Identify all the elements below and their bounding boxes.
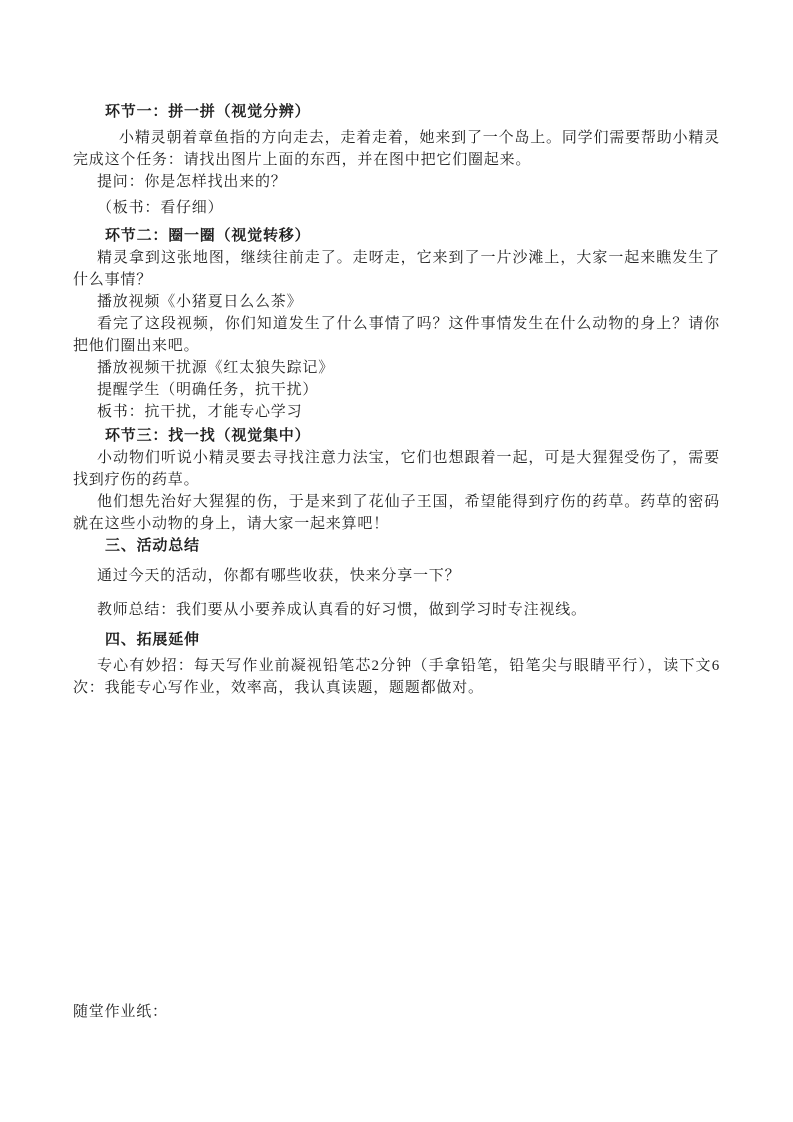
paragraph-video-question: 看完了这段视频，你们知道发生了什么事情了吗？这件事情发生在什么动物的身上？请你把…: [73, 313, 720, 357]
worksheet-label: 随堂作业纸：: [73, 1001, 168, 1023]
paragraph-teacher-summary: 教师总结：我们要从小要养成认真看的好习惯，做到学习时专注视线。: [73, 599, 720, 621]
paragraph-question: 提问：你是怎样找出来的？: [73, 171, 720, 193]
paragraph-step2-story: 精灵拿到这张地图，继续往前走了。走呀走，它来到了一片沙滩上，大家一起来瞧发生了什…: [73, 247, 720, 291]
paragraph-board-note-1: （板书：看仔细）: [73, 197, 720, 219]
paragraph-step3-story-2: 他们想先治好大猩猩的伤，于是来到了花仙子王国，希望能得到疗伤的药草。药草的密码就…: [73, 491, 720, 535]
paragraph-step3-story-1: 小动物们听说小精灵要去寻找注意力法宝，它们也想跟着一起，可是大猩猩受伤了，需要找…: [73, 447, 720, 491]
section-heading-step1: 环节一：拼一拼（视觉分辨）: [105, 101, 720, 123]
document-page: 环节一：拼一拼（视觉分辨） 小精灵朝着章鱼指的方向走去，走着走着，她来到了一个岛…: [0, 0, 793, 1122]
document-body: 环节一：拼一拼（视觉分辨） 小精灵朝着章鱼指的方向走去，走着走着，她来到了一个岛…: [73, 101, 720, 699]
section-heading-step3: 环节三：找一找（视觉集中）: [105, 425, 720, 447]
section-heading-extension: 四、拓展延伸: [105, 629, 720, 651]
section-heading-summary: 三、活动总结: [105, 535, 720, 557]
section-heading-step2: 环节二：圈一圈（视觉转移）: [105, 225, 720, 247]
paragraph-video-1: 播放视频《小猪夏日么么茶》: [73, 291, 720, 313]
paragraph-share: 通过今天的活动，你都有哪些收获，快来分享一下？: [73, 565, 720, 587]
paragraph-step1-story: 小精灵朝着章鱼指的方向走去，走着走着，她来到了一个岛上。同学们需要帮助小精灵完成…: [73, 127, 720, 171]
paragraph-video-2: 播放视频干扰源《红太狼失踪记》: [73, 357, 720, 379]
paragraph-remind-students: 提醒学生（明确任务，抗干扰）: [73, 379, 720, 401]
paragraph-extension-tip: 专心有妙招：每天写作业前凝视铅笔芯2分钟（手拿铅笔，铅笔尖与眼睛平行），读下文6…: [73, 655, 720, 699]
paragraph-board-note-2: 板书：抗干扰，才能专心学习: [73, 401, 720, 423]
